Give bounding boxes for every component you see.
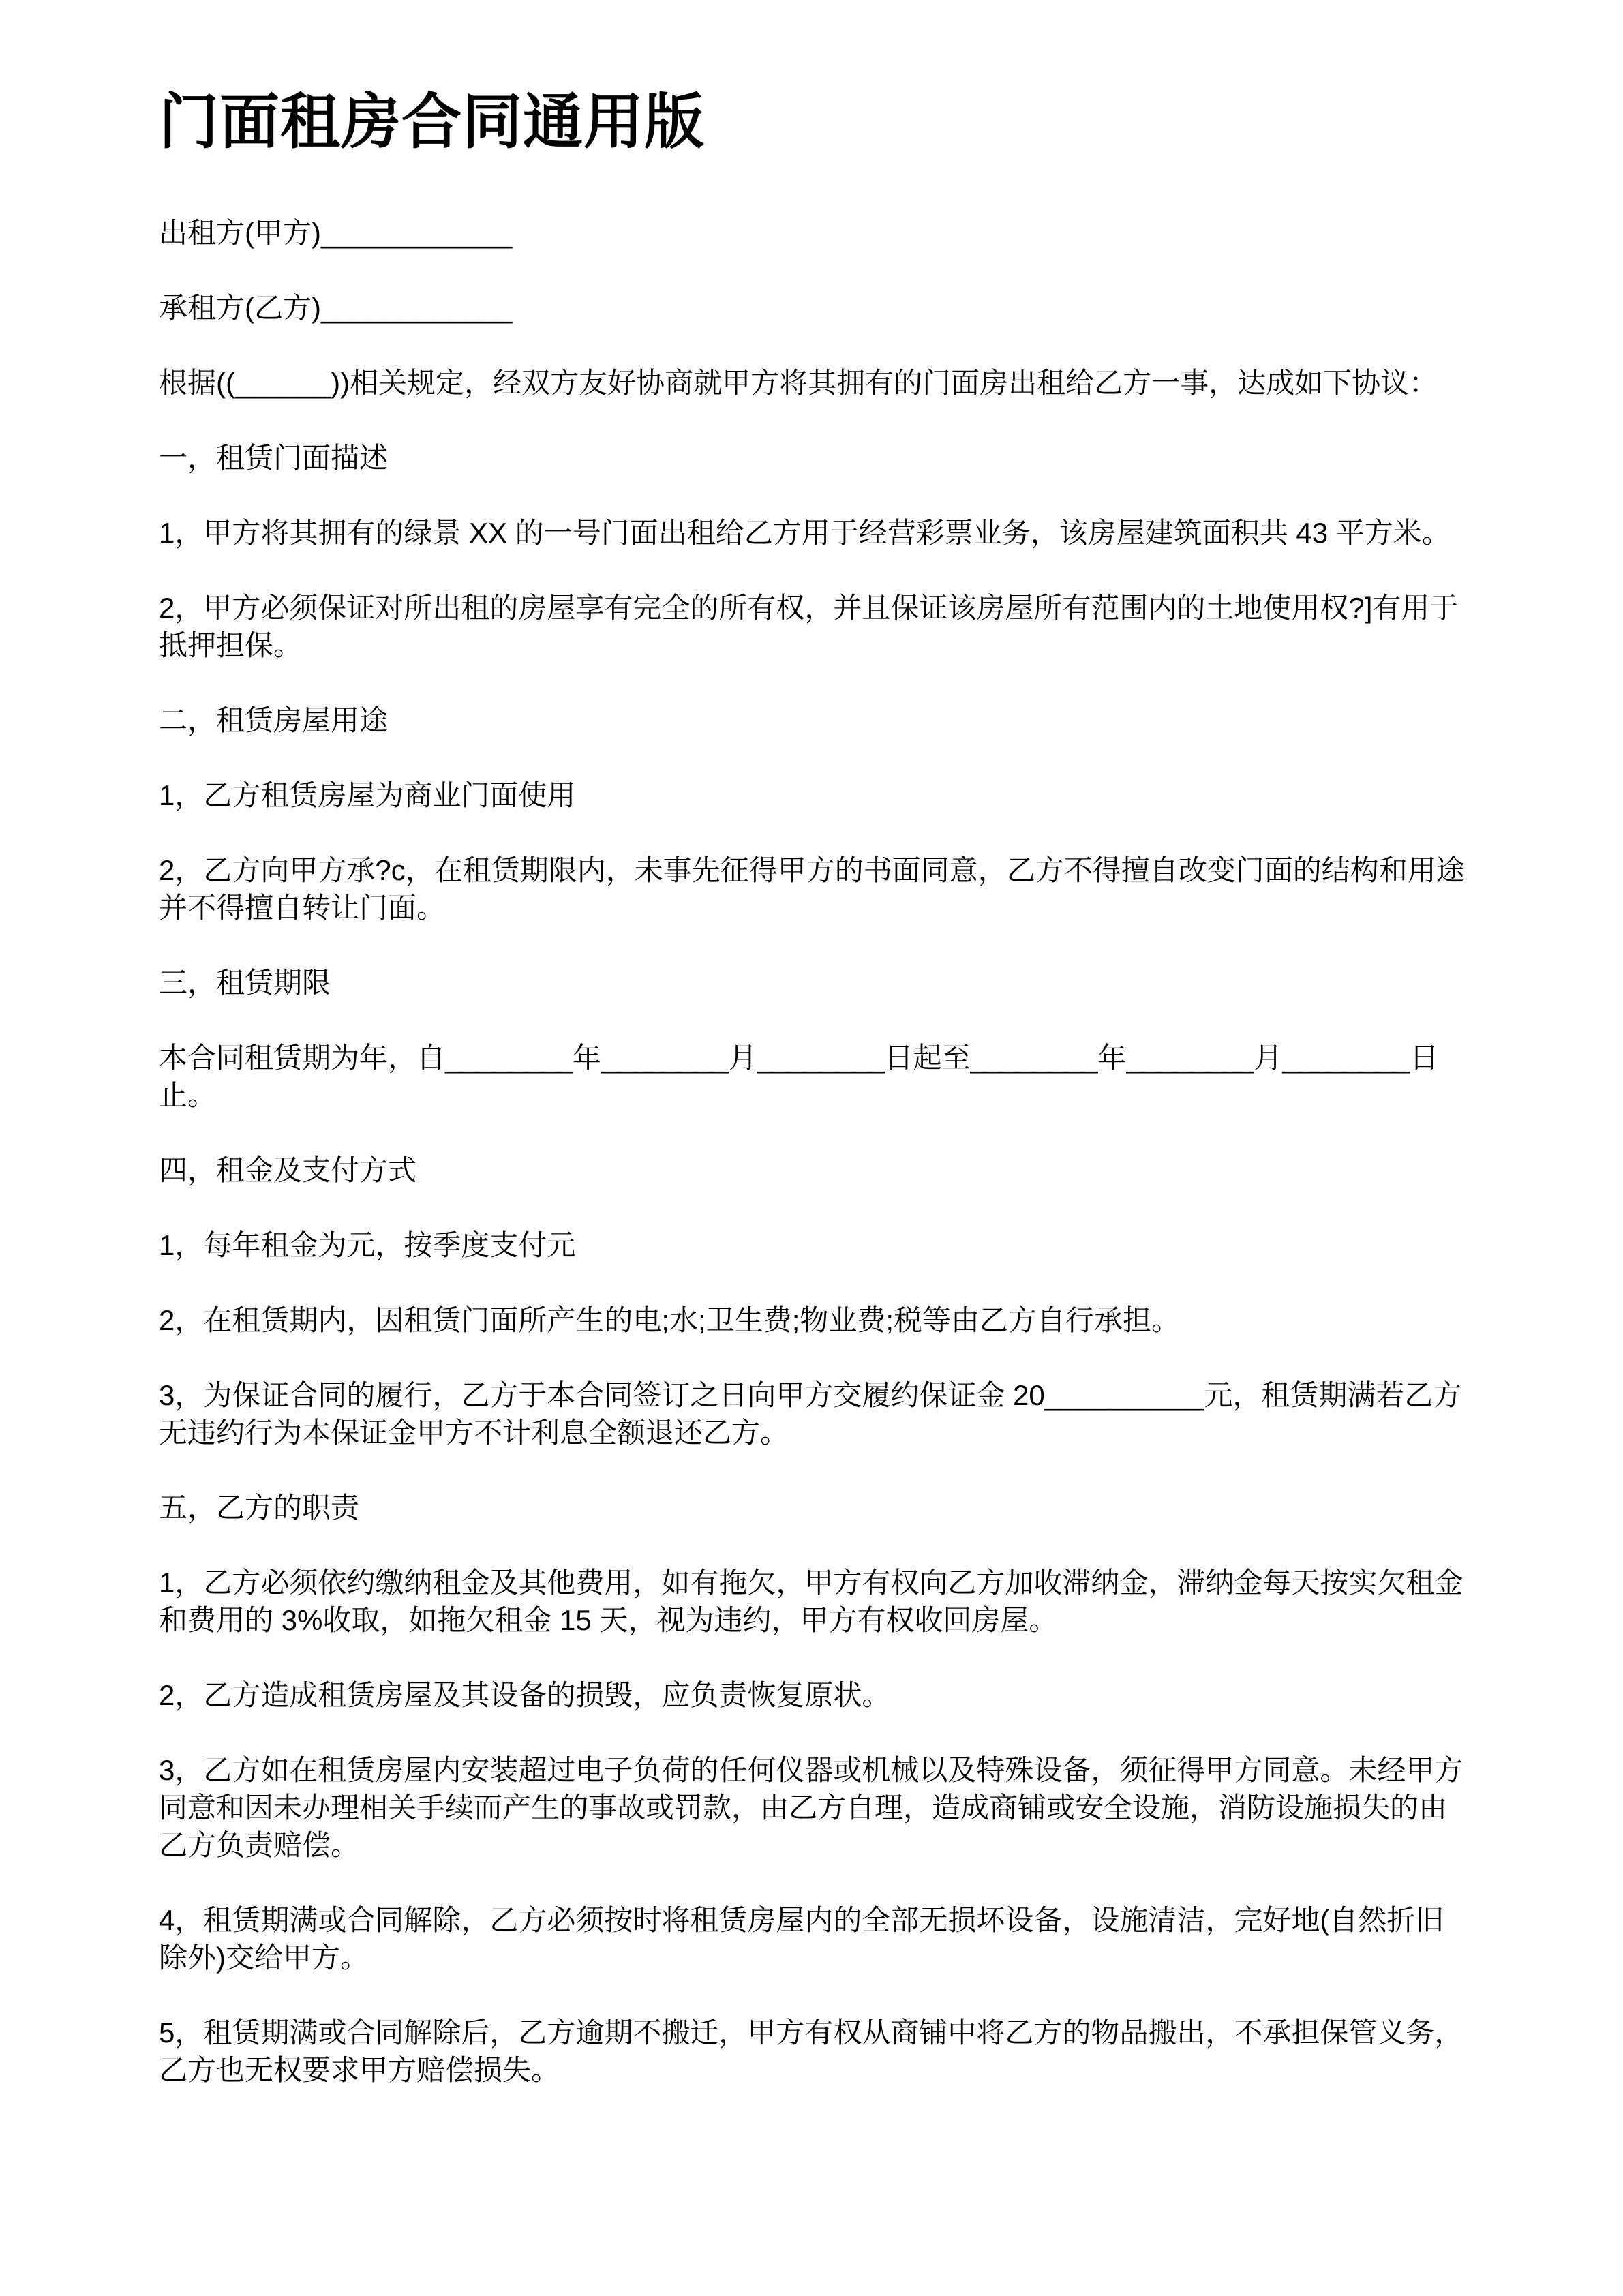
section-1-heading: 一，租赁门面描述 bbox=[159, 439, 1472, 477]
field-lessee-party-b: 承租方(乙方)____________ bbox=[159, 289, 1472, 327]
section-3-heading: 三，租赁期限 bbox=[159, 964, 1472, 1001]
section-4-heading: 四，租金及支付方式 bbox=[159, 1151, 1472, 1189]
section-4-item-2: 2，在租赁期内，因租赁门面所产生的电;水;卫生费;物业费;税等由乙方自行承担。 bbox=[159, 1301, 1472, 1339]
section-4-item-1: 1，每年租金为元，按季度支付元 bbox=[159, 1226, 1472, 1264]
section-5-item-4: 4，租赁期满或合同解除，乙方必须按时将租赁房屋内的全部无损坏设备，设施清洁，完好… bbox=[159, 1901, 1472, 1976]
section-2-item-2: 2，乙方向甲方承?c，在租赁期限内，未事先征得甲方的书面同意，乙方不得擅自改变门… bbox=[159, 851, 1472, 926]
field-lessor-party-a: 出租方(甲方)____________ bbox=[159, 214, 1472, 252]
section-1-item-1: 1，甲方将其拥有的绿景 XX 的一号门面出租给乙方用于经营彩票业务，该房屋建筑面… bbox=[159, 514, 1472, 552]
section-2-heading: 二，租赁房屋用途 bbox=[159, 701, 1472, 739]
section-3-term-line: 本合同租赁期为年，自________年________月________日起至_… bbox=[159, 1039, 1472, 1114]
section-5-item-5: 5，租赁期满或合同解除后，乙方逾期不搬迁，甲方有权从商铺中将乙方的物品搬出，不承… bbox=[159, 2014, 1472, 2089]
section-5-item-1: 1，乙方必须依约缴纳租金及其他费用，如有拖欠，甲方有权向乙方加收滞纳金，滞纳金每… bbox=[159, 1564, 1472, 1639]
section-5-item-3: 3，乙方如在租赁房屋内安装超过电子负荷的任何仪器或机械以及特殊设备，须征得甲方同… bbox=[159, 1751, 1472, 1864]
section-1-item-2: 2，甲方必须保证对所出租的房屋享有完全的所有权，并且保证该房屋所有范围内的土地使… bbox=[159, 589, 1472, 664]
page-title: 门面租房合同通用版 bbox=[159, 87, 1472, 156]
section-5-item-2: 2，乙方造成租赁房屋及其设备的损毁，应负责恢复原状。 bbox=[159, 1676, 1472, 1714]
section-5-heading: 五，乙方的职责 bbox=[159, 1489, 1472, 1526]
section-4-item-3: 3，为保证合同的履行，乙方于本合同签订之日向甲方交履约保证金 20_______… bbox=[159, 1376, 1472, 1451]
section-2-item-1: 1，乙方租赁房屋为商业门面使用 bbox=[159, 776, 1472, 814]
contract-page: 门面租房合同通用版 出租方(甲方)____________ 承租方(乙方)___… bbox=[0, 0, 1623, 2296]
preamble-paragraph: 根据((______))相关规定，经双方友好协商就甲方将其拥有的门面房出租给乙方… bbox=[159, 364, 1472, 402]
